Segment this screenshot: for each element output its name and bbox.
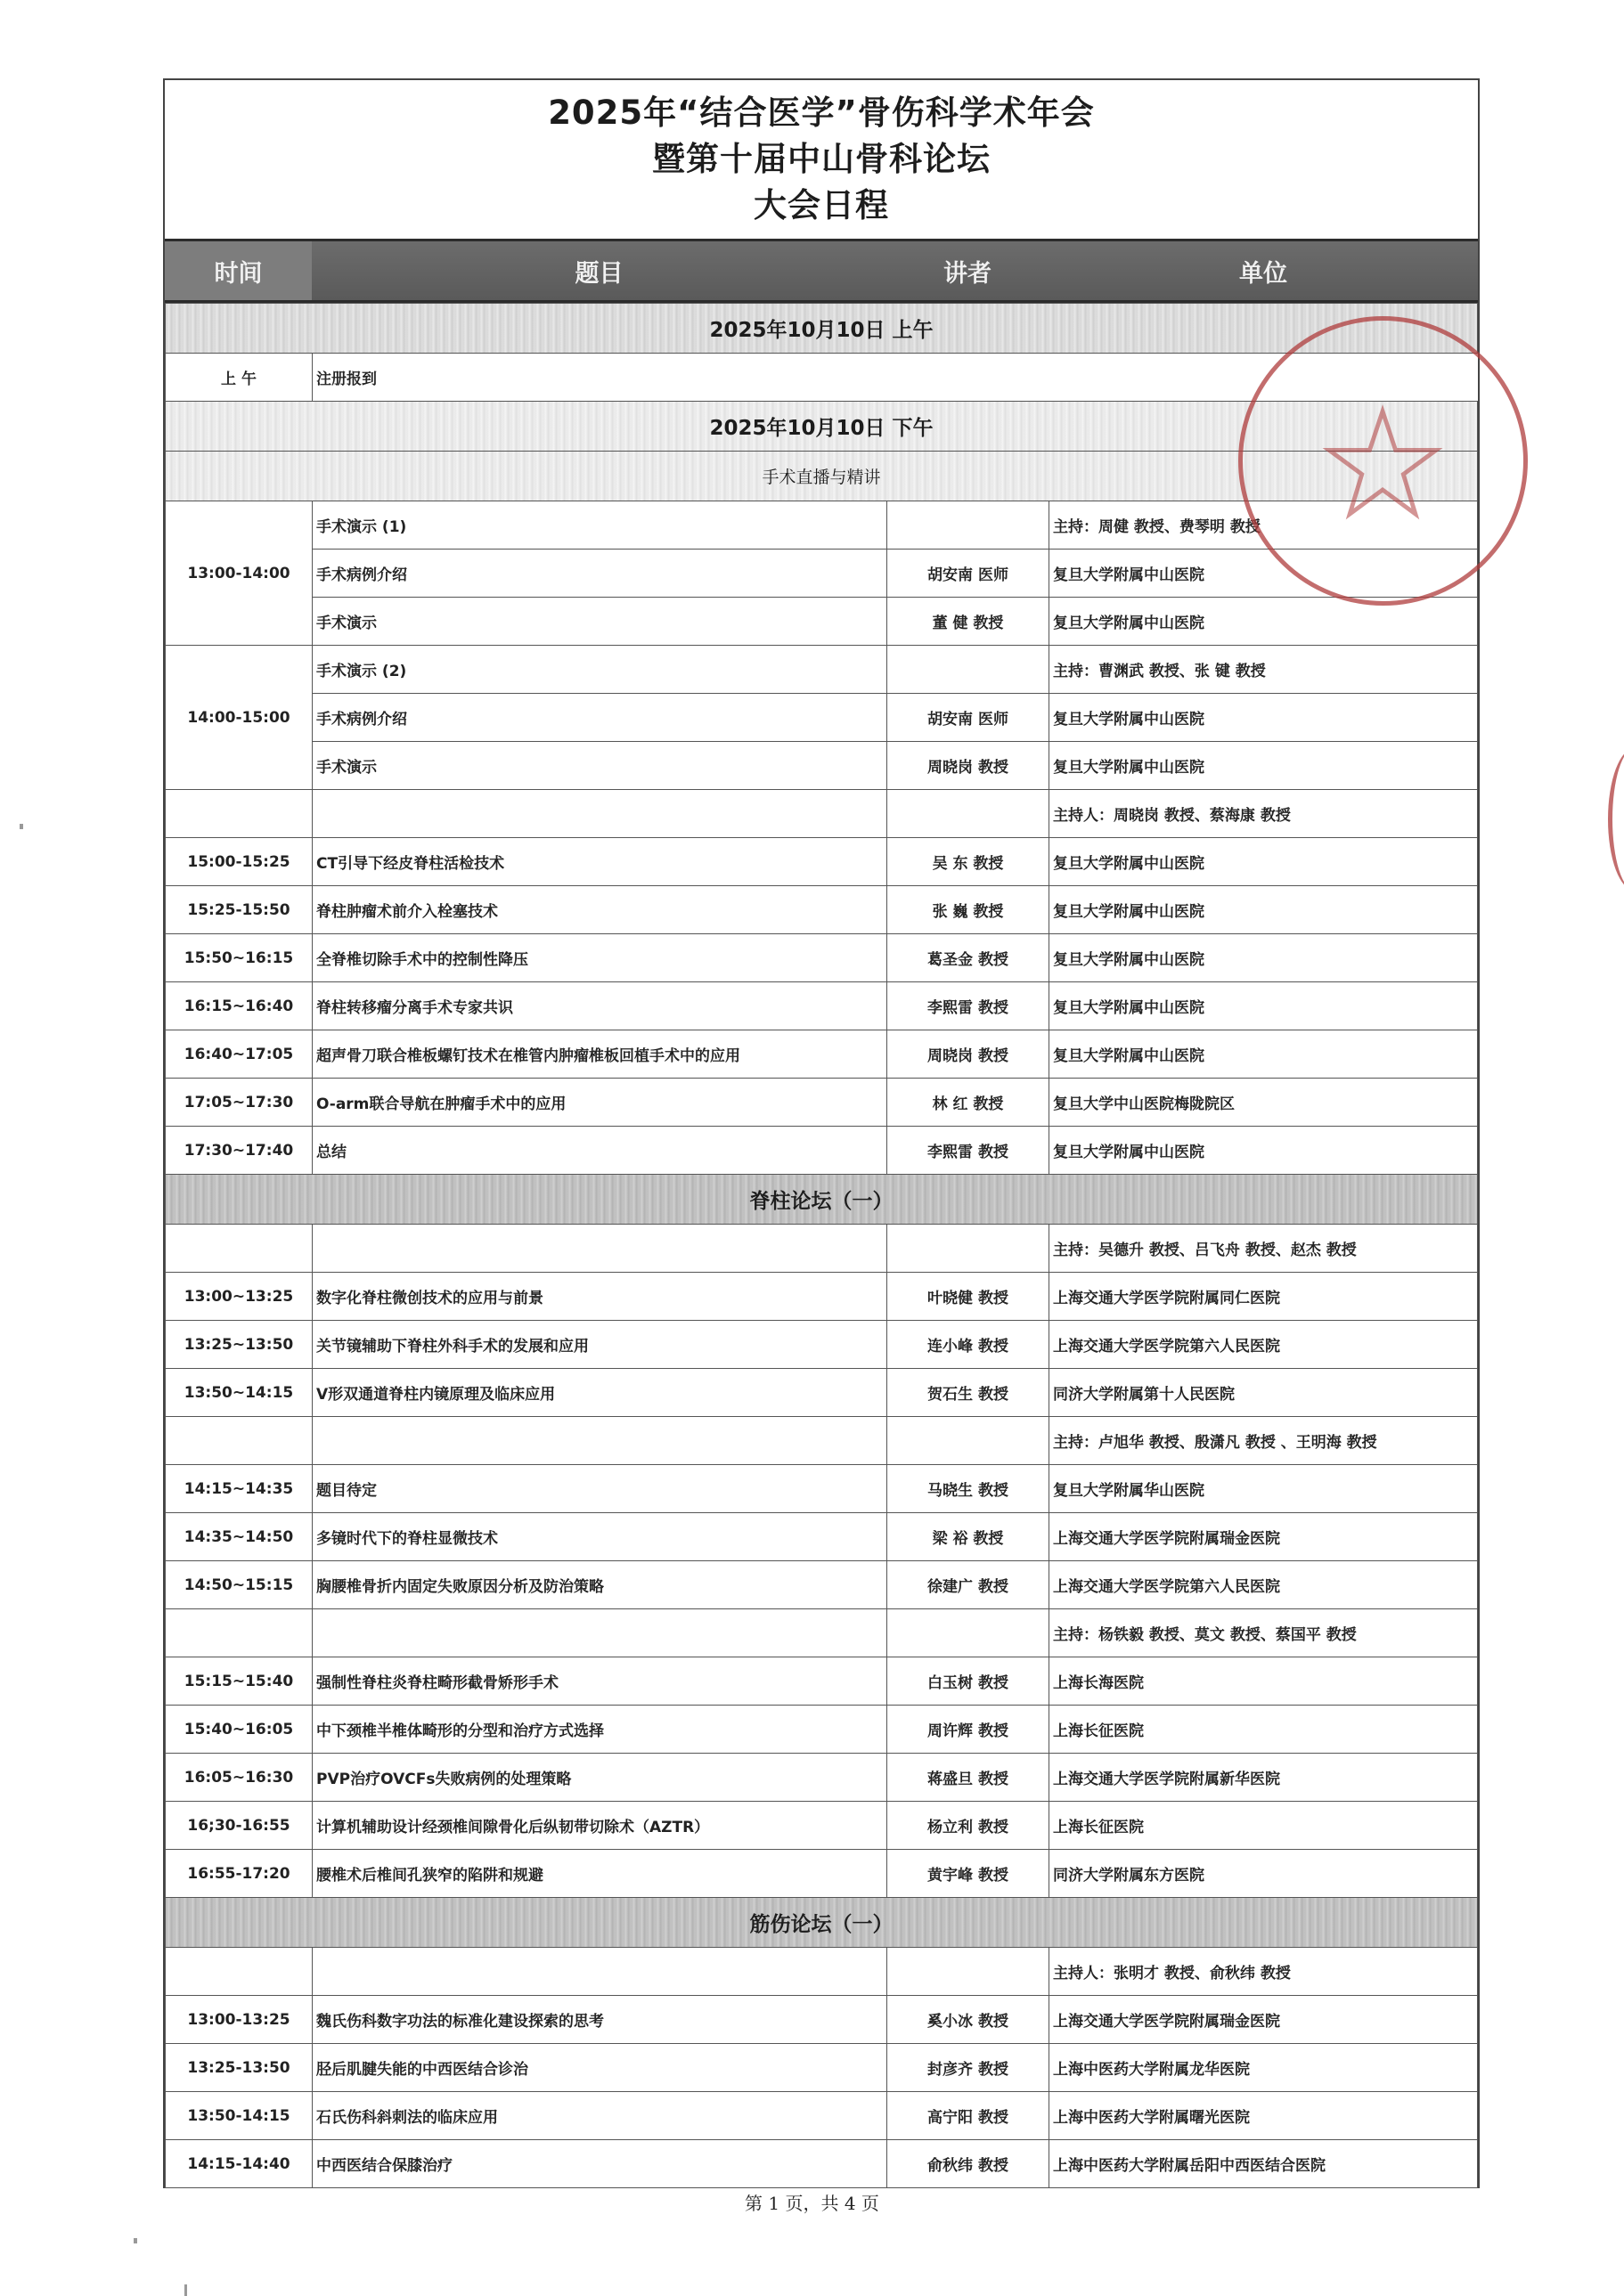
speaker-cell xyxy=(887,646,1049,694)
column-header-unit: 单位 xyxy=(1049,241,1478,300)
time-cell: 16:55-17:20 xyxy=(166,1850,313,1898)
topic-cell: 题目待定 xyxy=(313,1465,887,1513)
section-title: 脊柱论坛（一） xyxy=(166,1175,1478,1225)
speaker-cell: 梁 裕 教授 xyxy=(887,1513,1049,1561)
topic-cell: 手术演示 xyxy=(313,598,887,646)
moderator-row: 主持人：周晓岗 教授、蔡海康 教授 xyxy=(166,790,1478,838)
time-cell: 16:15~16:40 xyxy=(166,982,313,1030)
registration-time: 上 午 xyxy=(166,354,313,402)
time-cell: 13:50~14:15 xyxy=(166,1369,313,1417)
speaker-cell: 李熙雷 教授 xyxy=(887,1127,1049,1175)
table-row: 16:15~16:40脊柱转移瘤分离手术专家共识李熙雷 教授复旦大学附属中山医院 xyxy=(166,982,1478,1030)
topic-cell: 手术演示 xyxy=(313,742,887,790)
unit-cell: 上海中医药大学附属曙光医院 xyxy=(1049,2092,1478,2140)
date-band-am: 2025年10月10日 上午 xyxy=(166,304,1478,354)
unit-cell: 上海中医药大学附属龙华医院 xyxy=(1049,2044,1478,2092)
speaker-cell: 马晓生 教授 xyxy=(887,1465,1049,1513)
topic-cell: O-arm联合导航在肿瘤手术中的应用 xyxy=(313,1079,887,1127)
speaker-cell: 周许辉 教授 xyxy=(887,1706,1049,1754)
topic-cell xyxy=(313,1417,887,1465)
speaker-cell: 蒋盛旦 教授 xyxy=(887,1754,1049,1802)
unit-cell: 上海交通大学医学院第六人民医院 xyxy=(1049,1561,1478,1609)
table-row: 14:15~14:35题目待定马晓生 教授复旦大学附属华山医院 xyxy=(166,1465,1478,1513)
table-row: 15:25-15:50脊柱肿瘤术前介入栓塞技术张 巍 教授复旦大学附属中山医院 xyxy=(166,886,1478,934)
unit-cell: 同济大学附属第十人民医院 xyxy=(1049,1369,1478,1417)
time-cell: 14:00-15:00 xyxy=(166,646,313,790)
table-row: 13:00~13:25数字化脊柱微创技术的应用与前景叶晓健 教授上海交通大学医学… xyxy=(166,1273,1478,1321)
section-band: 筋伤论坛（一） xyxy=(166,1898,1478,1948)
table-row: 13:25-13:50胫后肌腱失能的中西医结合诊治封彦齐 教授上海中医药大学附属… xyxy=(166,2044,1478,2092)
scan-speck xyxy=(134,2238,137,2243)
time-cell: 17:05~17:30 xyxy=(166,1079,313,1127)
table-row: 16:05~16:30PVP治疗OVCFs失败病例的处理策略蒋盛旦 教授上海交通… xyxy=(166,1754,1478,1802)
time-cell: 16:05~16:30 xyxy=(166,1754,313,1802)
topic-cell xyxy=(313,1609,887,1657)
time-cell: 13:00-13:25 xyxy=(166,1996,313,2044)
topic-cell: 计算机辅助设计经颈椎间隙骨化后纵韧带切除术（AZTR） xyxy=(313,1802,887,1850)
topic-cell: 总结 xyxy=(313,1127,887,1175)
unit-cell: 主持：杨铁毅 教授、莫文 教授、蔡国平 教授 xyxy=(1049,1609,1478,1657)
unit-cell: 上海长海医院 xyxy=(1049,1657,1478,1706)
moderator-row: 主持：吴德升 教授、吕飞舟 教授、赵杰 教授 xyxy=(166,1225,1478,1273)
table-row: 15:40~16:05中下颈椎半椎体畸形的分型和治疗方式选择周许辉 教授上海长征… xyxy=(166,1706,1478,1754)
schedule-sheet: 2025年“结合医学”骨伤科学术年会 暨第十届中山骨科论坛 大会日程 时间 题目… xyxy=(163,78,1480,2188)
table-row: 13:50~14:15V形双通道脊柱内镜原理及临床应用贺石生 教授同济大学附属第… xyxy=(166,1369,1478,1417)
table-row: 手术病例介绍胡安南 医师复旦大学附属中山医院 xyxy=(166,550,1478,598)
speaker-cell: 黄宇峰 教授 xyxy=(887,1850,1049,1898)
unit-cell: 复旦大学附属中山医院 xyxy=(1049,694,1478,742)
column-header-topic: 题目 xyxy=(312,241,886,300)
table-row: 15:50~16:15全脊椎切除手术中的控制性降压葛圣金 教授复旦大学附属中山医… xyxy=(166,934,1478,982)
speaker-cell: 周晓岗 教授 xyxy=(887,742,1049,790)
speaker-cell: 胡安南 医师 xyxy=(887,694,1049,742)
unit-cell: 复旦大学附属中山医院 xyxy=(1049,1127,1478,1175)
topic-cell: 魏氏伤科数字功法的标准化建设探索的思考 xyxy=(313,1996,887,2044)
topic-cell: 关节镜辅助下脊柱外科手术的发展和应用 xyxy=(313,1321,887,1369)
topic-cell: 中下颈椎半椎体畸形的分型和治疗方式选择 xyxy=(313,1706,887,1754)
unit-cell: 复旦大学附属中山医院 xyxy=(1049,838,1478,886)
speaker-cell: 贺石生 教授 xyxy=(887,1369,1049,1417)
table-row: 17:30~17:40总结李熙雷 教授复旦大学附属中山医院 xyxy=(166,1127,1478,1175)
speaker-cell: 李熙雷 教授 xyxy=(887,982,1049,1030)
time-cell: 15:00-15:25 xyxy=(166,838,313,886)
moderator-row: 主持：杨铁毅 教授、莫文 教授、蔡国平 教授 xyxy=(166,1609,1478,1657)
table-row: 手术病例介绍胡安南 医师复旦大学附属中山医院 xyxy=(166,694,1478,742)
table-row: 16:40~17:05超声骨刀联合椎板螺钉技术在椎管内肿瘤椎板回植手术中的应用周… xyxy=(166,1030,1478,1079)
table-row: 15:00-15:25CT引导下经皮脊柱活检技术吴 东 教授复旦大学附属中山医院 xyxy=(166,838,1478,886)
time-cell xyxy=(166,1609,313,1657)
speaker-cell: 连小峰 教授 xyxy=(887,1321,1049,1369)
table-header: 时间 题目 讲者 单位 xyxy=(165,239,1478,303)
time-cell: 13:00~13:25 xyxy=(166,1273,313,1321)
table-row: 手术演示周晓岗 教授复旦大学附属中山医院 xyxy=(166,742,1478,790)
unit-cell: 上海长征医院 xyxy=(1049,1706,1478,1754)
table-row: 14:15-14:40中西医结合保膝治疗俞秋纬 教授上海中医药大学附属岳阳中西医… xyxy=(166,2140,1478,2188)
moderator-row: 主持人：张明才 教授、俞秋纬 教授 xyxy=(166,1948,1478,1996)
time-cell: 15:25-15:50 xyxy=(166,886,313,934)
unit-cell: 复旦大学附属中山医院 xyxy=(1049,982,1478,1030)
topic-cell: V形双通道脊柱内镜原理及临床应用 xyxy=(313,1369,887,1417)
unit-cell: 主持：卢旭华 教授、殷潇凡 教授 、王明海 教授 xyxy=(1049,1417,1478,1465)
table-row: 13:25~13:50关节镜辅助下脊柱外科手术的发展和应用连小峰 教授上海交通大… xyxy=(166,1321,1478,1369)
table-row: 14:35~14:50多镜时代下的脊柱显微技术梁 裕 教授上海交通大学医学院附属… xyxy=(166,1513,1478,1561)
time-cell: 17:30~17:40 xyxy=(166,1127,313,1175)
unit-cell: 复旦大学附属中山医院 xyxy=(1049,1030,1478,1079)
time-cell: 15:40~16:05 xyxy=(166,1706,313,1754)
time-cell: 16;30-16:55 xyxy=(166,1802,313,1850)
topic-cell: 手术演示 (2) xyxy=(313,646,887,694)
moderator-row: 13:00-14:00手术演示 (1)主持：周健 教授、费琴明 教授 xyxy=(166,501,1478,550)
time-cell: 15:15~15:40 xyxy=(166,1657,313,1706)
topic-cell: 胫后肌腱失能的中西医结合诊治 xyxy=(313,2044,887,2092)
scan-speck xyxy=(20,824,23,829)
unit-cell: 同济大学附属东方医院 xyxy=(1049,1850,1478,1898)
unit-cell: 复旦大学附属华山医院 xyxy=(1049,1465,1478,1513)
topic-cell: 手术演示 (1) xyxy=(313,501,887,550)
speaker-cell: 葛圣金 教授 xyxy=(887,934,1049,982)
speaker-cell: 胡安南 医师 xyxy=(887,550,1049,598)
unit-cell: 主持人：周晓岗 教授、蔡海康 教授 xyxy=(1049,790,1478,838)
unit-cell: 复旦大学附属中山医院 xyxy=(1049,598,1478,646)
date-band-am-label: 2025年10月10日 上午 xyxy=(166,304,1478,354)
moderator-row: 14:00-15:00手术演示 (2)主持：曹渊武 教授、张 键 教授 xyxy=(166,646,1478,694)
table-row: 14:50~15:15胸腰椎骨折内固定失败原因分析及防治策略徐建广 教授上海交通… xyxy=(166,1561,1478,1609)
unit-cell: 复旦大学中山医院梅陇院区 xyxy=(1049,1079,1478,1127)
speaker-cell: 吴 东 教授 xyxy=(887,838,1049,886)
speaker-cell: 俞秋纬 教授 xyxy=(887,2140,1049,2188)
speaker-cell xyxy=(887,1948,1049,1996)
document-title: 2025年“结合医学”骨伤科学术年会 暨第十届中山骨科论坛 大会日程 xyxy=(165,80,1478,239)
speaker-cell xyxy=(887,1609,1049,1657)
speaker-cell: 林 红 教授 xyxy=(887,1079,1049,1127)
speaker-cell: 周晓岗 教授 xyxy=(887,1030,1049,1079)
topic-cell: 手术病例介绍 xyxy=(313,694,887,742)
schedule-table: 2025年10月10日 上午 上 午 注册报到 2025年10月10日 下午 手… xyxy=(165,303,1478,2188)
topic-cell: 腰椎术后椎间孔狭窄的陷阱和规避 xyxy=(313,1850,887,1898)
time-cell: 13:00-14:00 xyxy=(166,501,313,646)
time-cell: 14:35~14:50 xyxy=(166,1513,313,1561)
speaker-cell: 杨立利 教授 xyxy=(887,1802,1049,1850)
topic-cell xyxy=(313,1948,887,1996)
topic-cell: 胸腰椎骨折内固定失败原因分析及防治策略 xyxy=(313,1561,887,1609)
date-band-pm-label: 2025年10月10日 下午 xyxy=(166,402,1478,452)
unit-cell: 主持：周健 教授、费琴明 教授 xyxy=(1049,501,1478,550)
section-band: 手术直播与精讲 xyxy=(166,452,1478,501)
unit-cell: 主持人：张明才 教授、俞秋纬 教授 xyxy=(1049,1948,1478,1996)
time-cell: 14:15~14:35 xyxy=(166,1465,313,1513)
speaker-cell xyxy=(887,790,1049,838)
registration-row: 上 午 注册报到 xyxy=(166,354,1478,402)
section-title: 筋伤论坛（一） xyxy=(166,1898,1478,1948)
title-line-3: 大会日程 xyxy=(754,183,889,229)
speaker-cell: 叶晓健 教授 xyxy=(887,1273,1049,1321)
unit-cell: 上海长征医院 xyxy=(1049,1802,1478,1850)
time-cell xyxy=(166,1948,313,1996)
speaker-cell xyxy=(887,1417,1049,1465)
title-line-1: 2025年“结合医学”骨伤科学术年会 xyxy=(548,90,1095,136)
unit-cell: 上海交通大学医学院附属新华医院 xyxy=(1049,1754,1478,1802)
table-row: 13:00-13:25魏氏伤科数字功法的标准化建设探索的思考奚小冰 教授上海交通… xyxy=(166,1996,1478,2044)
unit-cell: 复旦大学附属中山医院 xyxy=(1049,934,1478,982)
speaker-cell: 董 健 教授 xyxy=(887,598,1049,646)
unit-cell: 复旦大学附属中山医院 xyxy=(1049,886,1478,934)
date-band-pm: 2025年10月10日 下午 xyxy=(166,402,1478,452)
topic-cell: CT引导下经皮脊柱活检技术 xyxy=(313,838,887,886)
speaker-cell: 高宁阳 教授 xyxy=(887,2092,1049,2140)
unit-cell: 上海交通大学医学院附属瑞金医院 xyxy=(1049,1996,1478,2044)
table-row: 17:05~17:30O-arm联合导航在肿瘤手术中的应用林 红 教授复旦大学中… xyxy=(166,1079,1478,1127)
time-cell: 16:40~17:05 xyxy=(166,1030,313,1079)
unit-cell: 复旦大学附属中山医院 xyxy=(1049,742,1478,790)
table-row: 16:55-17:20腰椎术后椎间孔狭窄的陷阱和规避黄宇峰 教授同济大学附属东方… xyxy=(166,1850,1478,1898)
scan-speck xyxy=(184,2284,187,2296)
time-cell: 13:25~13:50 xyxy=(166,1321,313,1369)
table-row: 16;30-16:55计算机辅助设计经颈椎间隙骨化后纵韧带切除术（AZTR）杨立… xyxy=(166,1802,1478,1850)
page-number: 第 1 页，共 4 页 xyxy=(0,2189,1624,2215)
speaker-cell: 封彦齐 教授 xyxy=(887,2044,1049,2092)
speaker-cell: 徐建广 教授 xyxy=(887,1561,1049,1609)
unit-cell: 上海交通大学医学院第六人民医院 xyxy=(1049,1321,1478,1369)
time-cell xyxy=(166,1417,313,1465)
time-cell xyxy=(166,1225,313,1273)
time-cell: 13:25-13:50 xyxy=(166,2044,313,2092)
topic-cell: 全脊椎切除手术中的控制性降压 xyxy=(313,934,887,982)
topic-cell: 脊柱转移瘤分离手术专家共识 xyxy=(313,982,887,1030)
topic-cell: 中西医结合保膝治疗 xyxy=(313,2140,887,2188)
speaker-cell: 奚小冰 教授 xyxy=(887,1996,1049,2044)
speaker-cell xyxy=(887,501,1049,550)
time-cell: 14:15-14:40 xyxy=(166,2140,313,2188)
unit-cell: 主持：曹渊武 教授、张 键 教授 xyxy=(1049,646,1478,694)
topic-cell: 数字化脊柱微创技术的应用与前景 xyxy=(313,1273,887,1321)
topic-cell xyxy=(313,1225,887,1273)
unit-cell: 上海中医药大学附属岳阳中西医结合医院 xyxy=(1049,2140,1478,2188)
table-row: 15:15~15:40强制性脊柱炎脊柱畸形截骨矫形手术白玉树 教授上海长海医院 xyxy=(166,1657,1478,1706)
section-title: 手术直播与精讲 xyxy=(166,452,1478,501)
time-cell: 13:50-14:15 xyxy=(166,2092,313,2140)
registration-topic: 注册报到 xyxy=(313,354,1478,402)
column-header-time: 时间 xyxy=(165,241,312,300)
unit-cell: 上海交通大学医学院附属瑞金医院 xyxy=(1049,1513,1478,1561)
speaker-cell xyxy=(887,1225,1049,1273)
speaker-cell: 张 巍 教授 xyxy=(887,886,1049,934)
topic-cell: PVP治疗OVCFs失败病例的处理策略 xyxy=(313,1754,887,1802)
topic-cell: 脊柱肿瘤术前介入栓塞技术 xyxy=(313,886,887,934)
table-row: 手术演示董 健 教授复旦大学附属中山医院 xyxy=(166,598,1478,646)
topic-cell: 手术病例介绍 xyxy=(313,550,887,598)
table-row: 13:50-14:15石氏伤科斜刺法的临床应用高宁阳 教授上海中医药大学附属曙光… xyxy=(166,2092,1478,2140)
partial-seal-arc xyxy=(1608,748,1624,891)
unit-cell: 复旦大学附属中山医院 xyxy=(1049,550,1478,598)
column-header-speaker: 讲者 xyxy=(886,241,1049,300)
section-band: 脊柱论坛（一） xyxy=(166,1175,1478,1225)
topic-cell: 石氏伤科斜刺法的临床应用 xyxy=(313,2092,887,2140)
moderator-row: 主持：卢旭华 教授、殷潇凡 教授 、王明海 教授 xyxy=(166,1417,1478,1465)
topic-cell: 多镜时代下的脊柱显微技术 xyxy=(313,1513,887,1561)
topic-cell: 强制性脊柱炎脊柱畸形截骨矫形手术 xyxy=(313,1657,887,1706)
title-line-2: 暨第十届中山骨科论坛 xyxy=(652,136,991,183)
time-cell: 14:50~15:15 xyxy=(166,1561,313,1609)
topic-cell xyxy=(313,790,887,838)
time-cell: 15:50~16:15 xyxy=(166,934,313,982)
unit-cell: 主持：吴德升 教授、吕飞舟 教授、赵杰 教授 xyxy=(1049,1225,1478,1273)
time-cell xyxy=(166,790,313,838)
speaker-cell: 白玉树 教授 xyxy=(887,1657,1049,1706)
unit-cell: 上海交通大学医学院附属同仁医院 xyxy=(1049,1273,1478,1321)
topic-cell: 超声骨刀联合椎板螺钉技术在椎管内肿瘤椎板回植手术中的应用 xyxy=(313,1030,887,1079)
